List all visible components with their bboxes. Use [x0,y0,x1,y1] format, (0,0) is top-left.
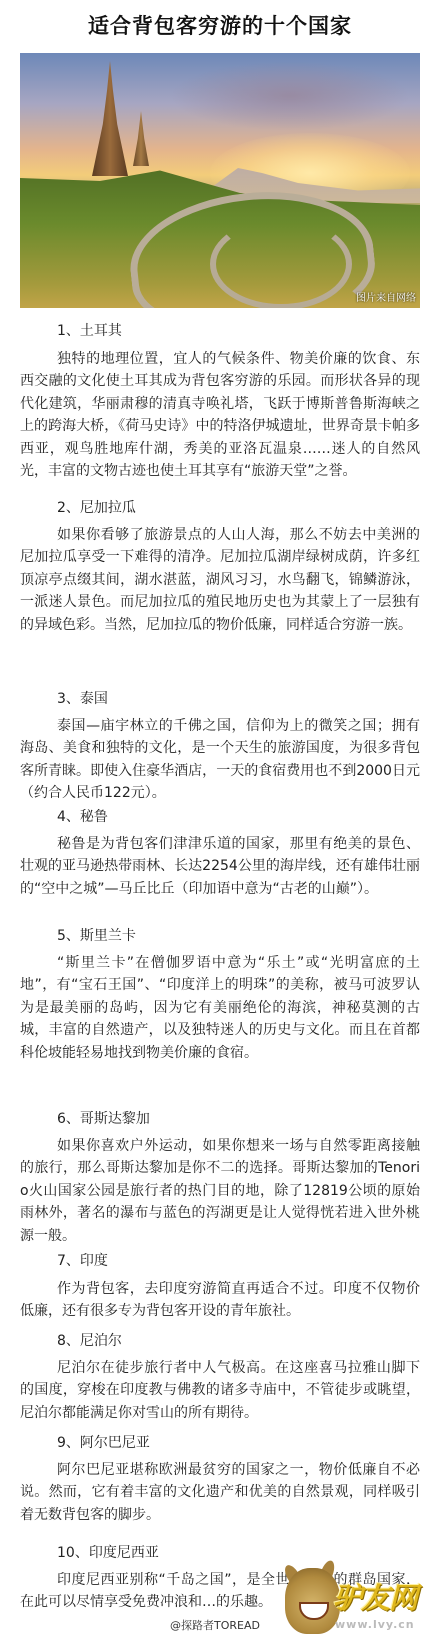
section-heading: 5、斯里兰卡 [57,925,136,945]
watermark-url: www.lvy.cn [335,1618,415,1631]
section-heading: 2、尼加拉瓜 [57,497,136,517]
site-watermark-logo: 驴友网 www.lvy.cn [285,1568,440,1637]
winding-path-shape [210,218,352,308]
section-body: 阿尔巴尼亚堪称欧洲最贫穷的国家之一，物价低廉自不必说。然而，它有着丰富的文化遗产… [20,1459,420,1526]
cloud-shape [170,61,410,131]
donkey-mascot-icon [285,1568,340,1634]
section-body: 泰国—庙宇林立的千佛之国，信仰为上的微笑之国；拥有海岛、美食和独特的文化，是一个… [20,715,420,805]
hero-image: 图片来自网络 [20,53,420,308]
section-heading: 8、尼泊尔 [57,1330,122,1350]
article-title: 适合背包客穷游的十个国家 [0,10,440,40]
section-heading: 6、哥斯达黎加 [57,1108,150,1128]
section-heading: 1、土耳其 [57,320,122,340]
pagoda-shape [133,111,149,166]
section-body: 如果你喜欢户外运动，如果你想来一场与自然零距离接触的旅行，那么哥斯达黎加是你不二… [20,1135,420,1247]
watermark-brand: 驴友网 [333,1576,417,1617]
source-watermark: @探路者TOREAD [170,1617,260,1633]
image-credit: 图片来自网络 [356,289,416,304]
section-heading: 3、泰国 [57,688,108,708]
section-heading: 10、印度尼西亚 [57,1542,159,1562]
section-body: 尼泊尔在徒步旅行者中人气极高。在这座喜马拉雅山脚下的国度，穿梭在印度教与佛教的诸… [20,1357,420,1424]
section-body: “斯里兰卡”在僧伽罗语中意为“乐土”或“光明富庶的土地”，有“宝石王国”、“印度… [20,952,420,1064]
section-heading: 9、阿尔巴尼亚 [57,1432,150,1452]
section-body: 秘鲁是为背包客们津津乐道的国家，那里有绝美的景色、壮观的亚马逊热带雨林、长达22… [20,833,420,900]
pagoda-shape [92,61,128,176]
section-body: 独特的地理位置，宜人的气候条件、物美价廉的饮食、东西交融的文化使土耳其成为背包客… [20,348,420,482]
section-heading: 7、印度 [57,1250,108,1270]
section-body: 如果你看够了旅游景点的人山人海，那么不妨去中美洲的尼加拉瓜享受一下难得的清净。尼… [20,524,420,636]
section-heading: 4、秘鲁 [57,806,108,826]
section-body: 作为背包客，去印度穷游简直再适合不过。印度不仅物价低廉，还有很多专为背包客开设的… [20,1278,420,1323]
